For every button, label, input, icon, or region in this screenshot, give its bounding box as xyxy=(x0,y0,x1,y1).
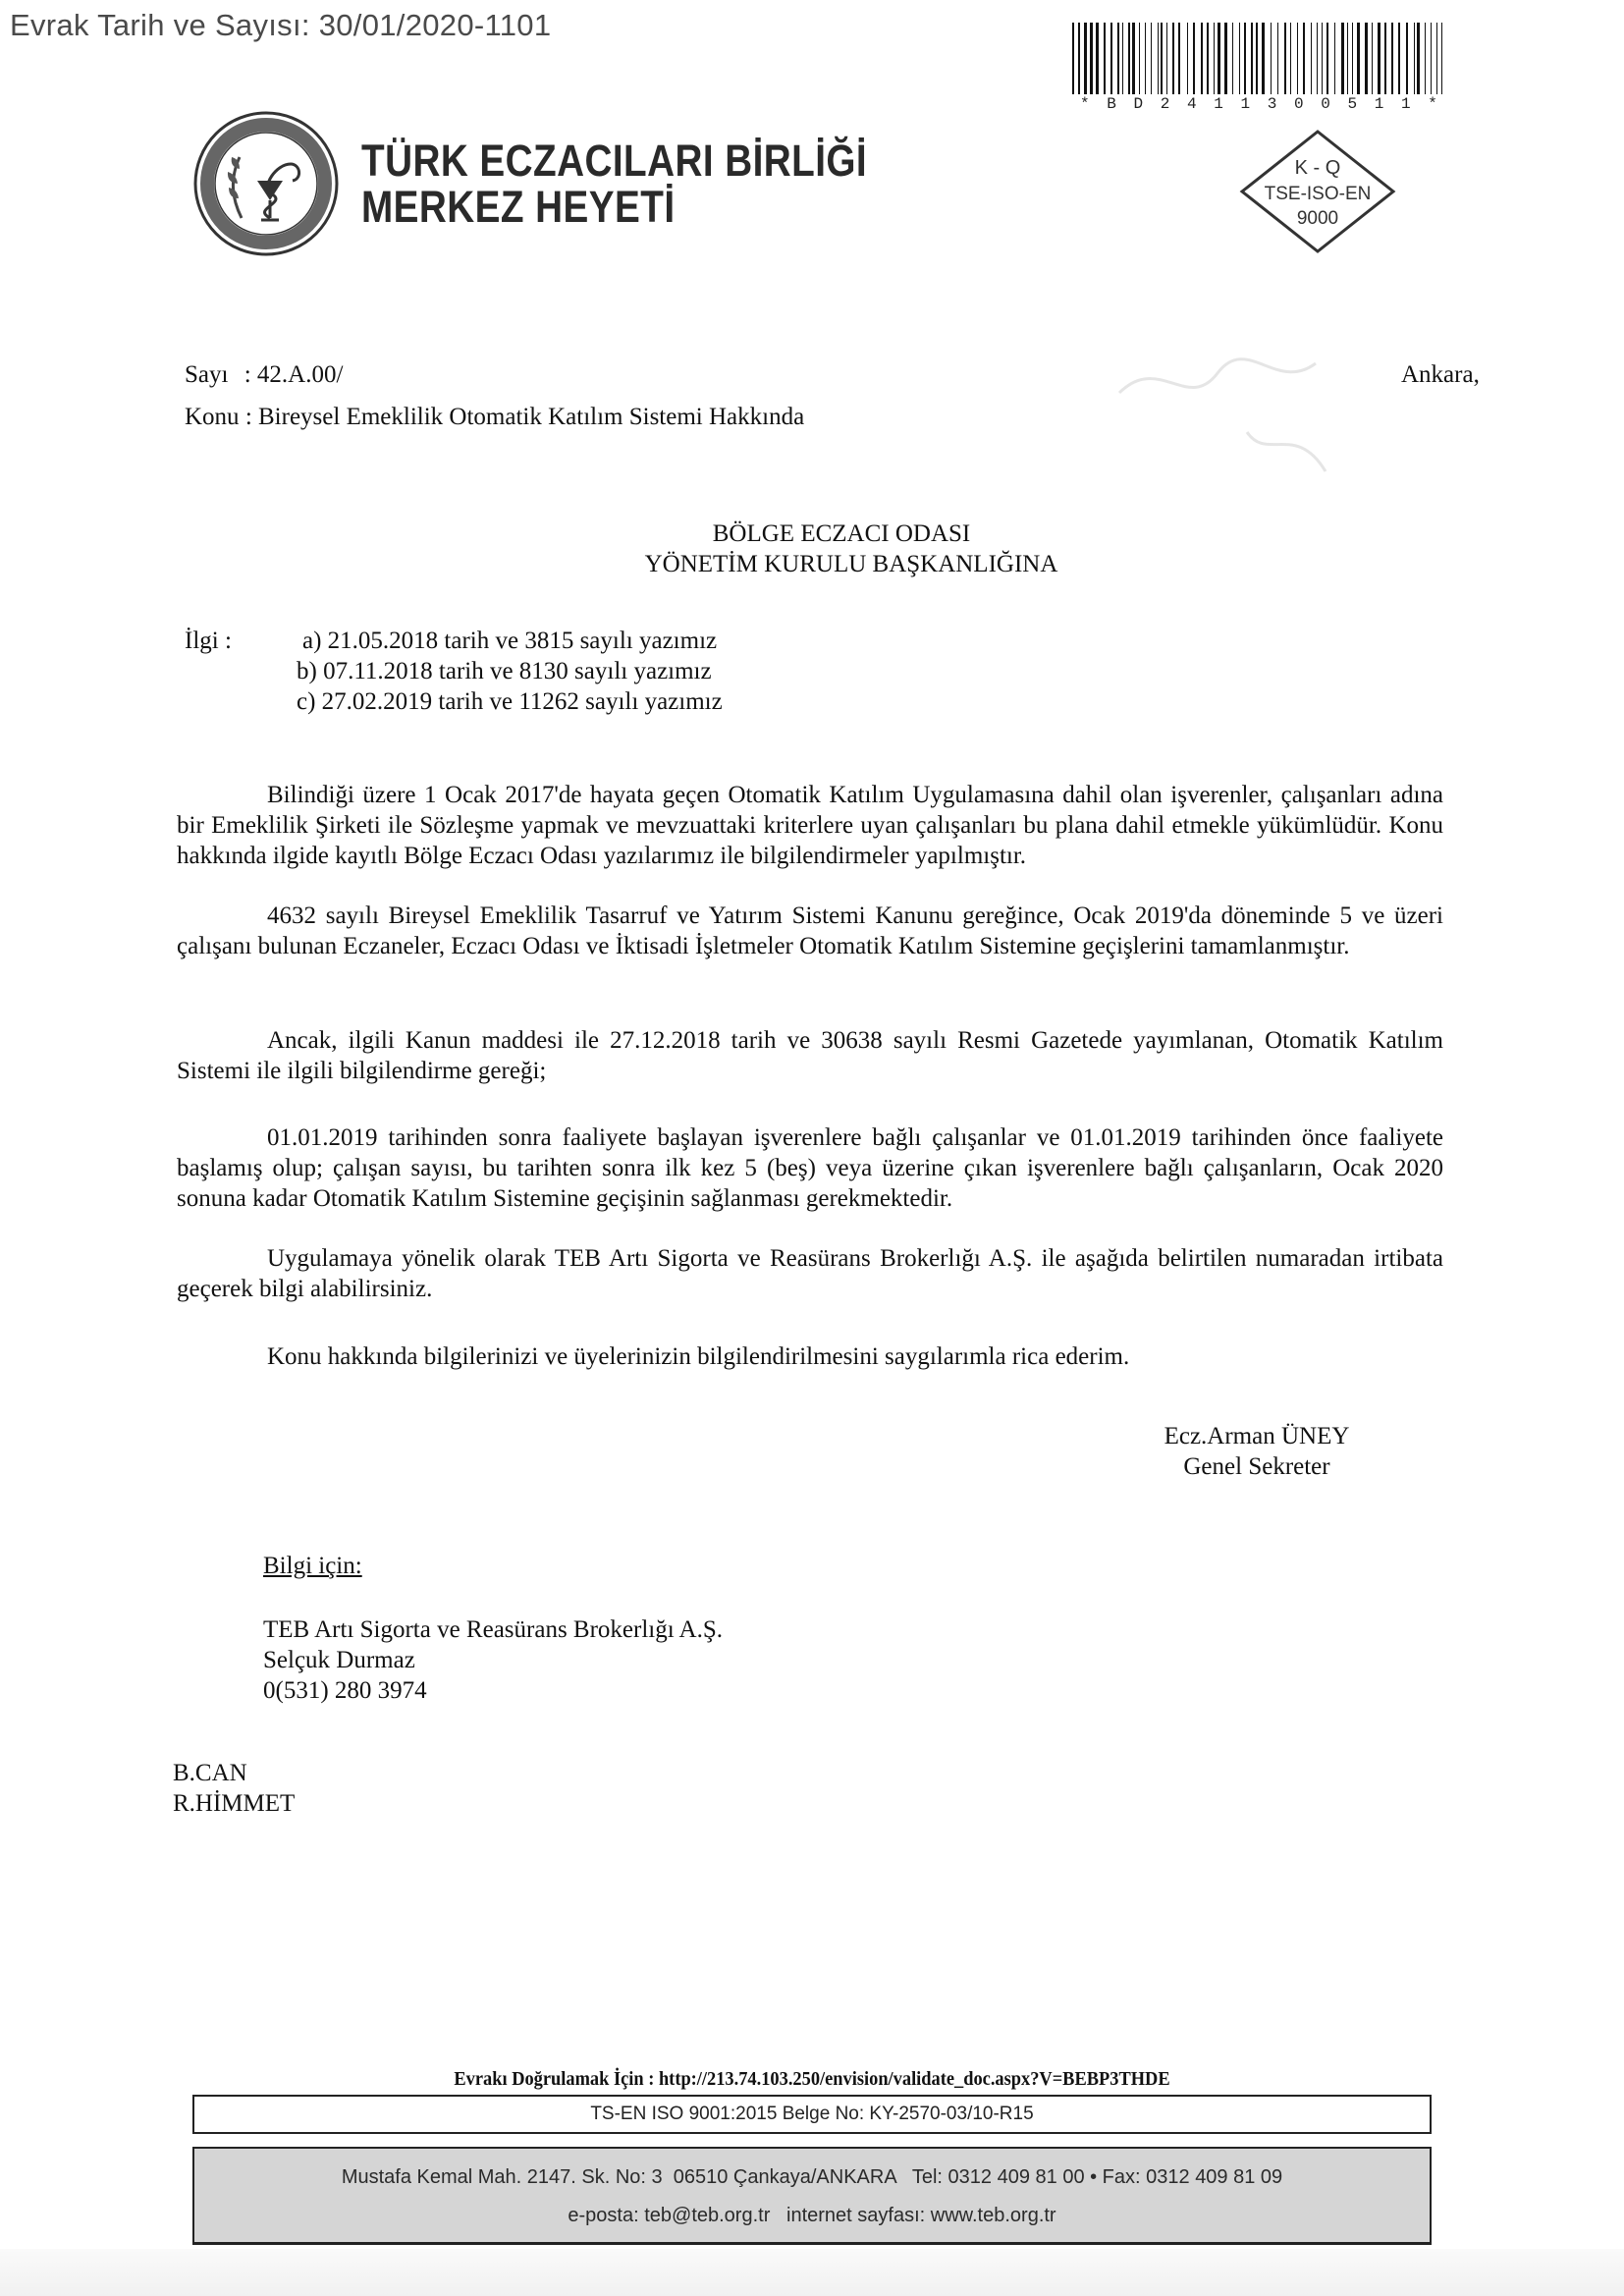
barcode-char: 1 xyxy=(1214,95,1223,113)
svg-text:TSE-ISO-EN: TSE-ISO-EN xyxy=(1265,184,1372,204)
signatory-title: Genel Sekreter xyxy=(1080,1451,1434,1482)
body-paragraph-2: 4632 sayılı Bireysel Emeklilik Tasarruf … xyxy=(177,901,1443,961)
ilgi-label: İlgi : xyxy=(185,626,232,656)
place-label: Ankara, xyxy=(1401,359,1480,390)
barcode-char: D xyxy=(1134,95,1144,113)
signature-block: Ecz.Arman ÜNEY Genel Sekreter xyxy=(1080,1421,1434,1482)
barcode-char: 5 xyxy=(1348,95,1358,113)
cc-block: TEB Artı Sigorta ve Reasürans Brokerlığı… xyxy=(263,1614,723,1706)
body-paragraph-4: 01.01.2019 tarihinden sonra faaliyete ba… xyxy=(177,1122,1443,1214)
address-line: Mustafa Kemal Mah. 2147. Sk. No: 3 06510… xyxy=(194,2166,1430,2189)
barcode-char: 2 xyxy=(1161,95,1170,113)
teb-logo-icon xyxy=(192,110,340,257)
cc-company: TEB Artı Sigorta ve Reasürans Brokerlığı… xyxy=(263,1614,723,1645)
body-paragraph-3: Ancak, ilgili Kanun maddesi ile 27.12.20… xyxy=(177,1025,1443,1086)
barcode-char: 0 xyxy=(1294,95,1304,113)
document-barcode xyxy=(1072,23,1445,94)
ilgi-item: b) 07.11.2018 tarih ve 8130 sayılı yazım… xyxy=(297,656,723,686)
address-box: Mustafa Kemal Mah. 2147. Sk. No: 3 06510… xyxy=(192,2147,1432,2245)
barcode-char: 1 xyxy=(1241,95,1251,113)
initial-line: B.CAN xyxy=(173,1758,295,1788)
barcode-char: * xyxy=(1428,95,1437,113)
barcode-text: *BD2411300511* xyxy=(1072,95,1445,113)
body-paragraph-5: Uygulamaya yönelik olarak TEB Artı Sigor… xyxy=(177,1243,1443,1304)
body-paragraph-6: Konu hakkında bilgilerinizi ve üyelerini… xyxy=(177,1341,1443,1372)
barcode-char: 1 xyxy=(1375,95,1384,113)
ilgi-item: a) 21.05.2018 tarih ve 3815 sayılı yazım… xyxy=(297,626,723,656)
iso-9000-badge-icon: K - Q TSE-ISO-EN 9000 xyxy=(1239,130,1396,253)
recipient-block: BÖLGE ECZACI ODASI YÖNETİM KURULU BAŞKAN… xyxy=(0,519,1624,579)
barcode-char: B xyxy=(1107,95,1116,113)
organization-name: TÜRK ECZACILARI BİRLİĞİ MERKEZ HEYETİ xyxy=(361,137,867,230)
konu-field: Konu : Bireysel Emeklilik Otomatik Katıl… xyxy=(185,402,804,432)
barcode-char: 1 xyxy=(1401,95,1411,113)
barcode-char: 0 xyxy=(1321,95,1330,113)
verification-link-text: Evrakı Doğrulamak İçin : http://213.74.1… xyxy=(65,2068,1559,2091)
cc-contact-person: Selçuk Durmaz xyxy=(263,1645,723,1675)
konu-label: Konu xyxy=(185,404,240,430)
konu-value: : Bireysel Emeklilik Otomatik Katılım Si… xyxy=(245,404,804,430)
contact-line: e-posta: teb@teb.org.tr internet sayfası… xyxy=(194,2205,1430,2227)
sayi-value: : 42.A.00/ xyxy=(244,361,344,388)
document-date-number-stamp: Evrak Tarih ve Sayısı: 30/01/2020-1101 xyxy=(10,8,551,43)
barcode-char: 3 xyxy=(1268,95,1277,113)
initial-line: R.HİMMET xyxy=(173,1788,295,1819)
iso-certificate-box: TS-EN ISO 9001:2015 Belge No: KY-2570-03… xyxy=(192,2095,1432,2134)
recipient-line2: YÖNETİM KURULU BAŞKANLIĞINA xyxy=(0,549,1624,579)
barcode-char: * xyxy=(1080,95,1090,113)
cc-title: Bilgi için: xyxy=(263,1551,362,1581)
handwritten-initials-mark xyxy=(1100,334,1394,501)
sayi-field: Sayı : 42.A.00/ xyxy=(185,359,343,390)
signatory-name: Ecz.Arman ÜNEY xyxy=(1080,1421,1434,1451)
sayi-label: Sayı xyxy=(185,361,228,388)
svg-text:K - Q: K - Q xyxy=(1295,157,1341,179)
cc-phone: 0(531) 280 3974 xyxy=(263,1675,723,1706)
preparer-initials: B.CAN R.HİMMET xyxy=(173,1758,295,1819)
ilgi-item: c) 27.02.2019 tarih ve 11262 sayılı yazı… xyxy=(297,686,723,717)
org-name-line1: TÜRK ECZACILARI BİRLİĞİ xyxy=(361,137,867,184)
scan-edge-artifact xyxy=(0,2249,1624,2296)
org-name-line2: MERKEZ HEYETİ xyxy=(361,184,867,230)
barcode-char: 4 xyxy=(1187,95,1197,113)
recipient-line1: BÖLGE ECZACI ODASI xyxy=(0,519,1624,549)
ilgi-list: a) 21.05.2018 tarih ve 3815 sayılı yazım… xyxy=(297,626,723,717)
body-paragraph-1: Bilindiği üzere 1 Ocak 2017'de hayata ge… xyxy=(177,780,1443,871)
svg-text:9000: 9000 xyxy=(1297,208,1338,229)
